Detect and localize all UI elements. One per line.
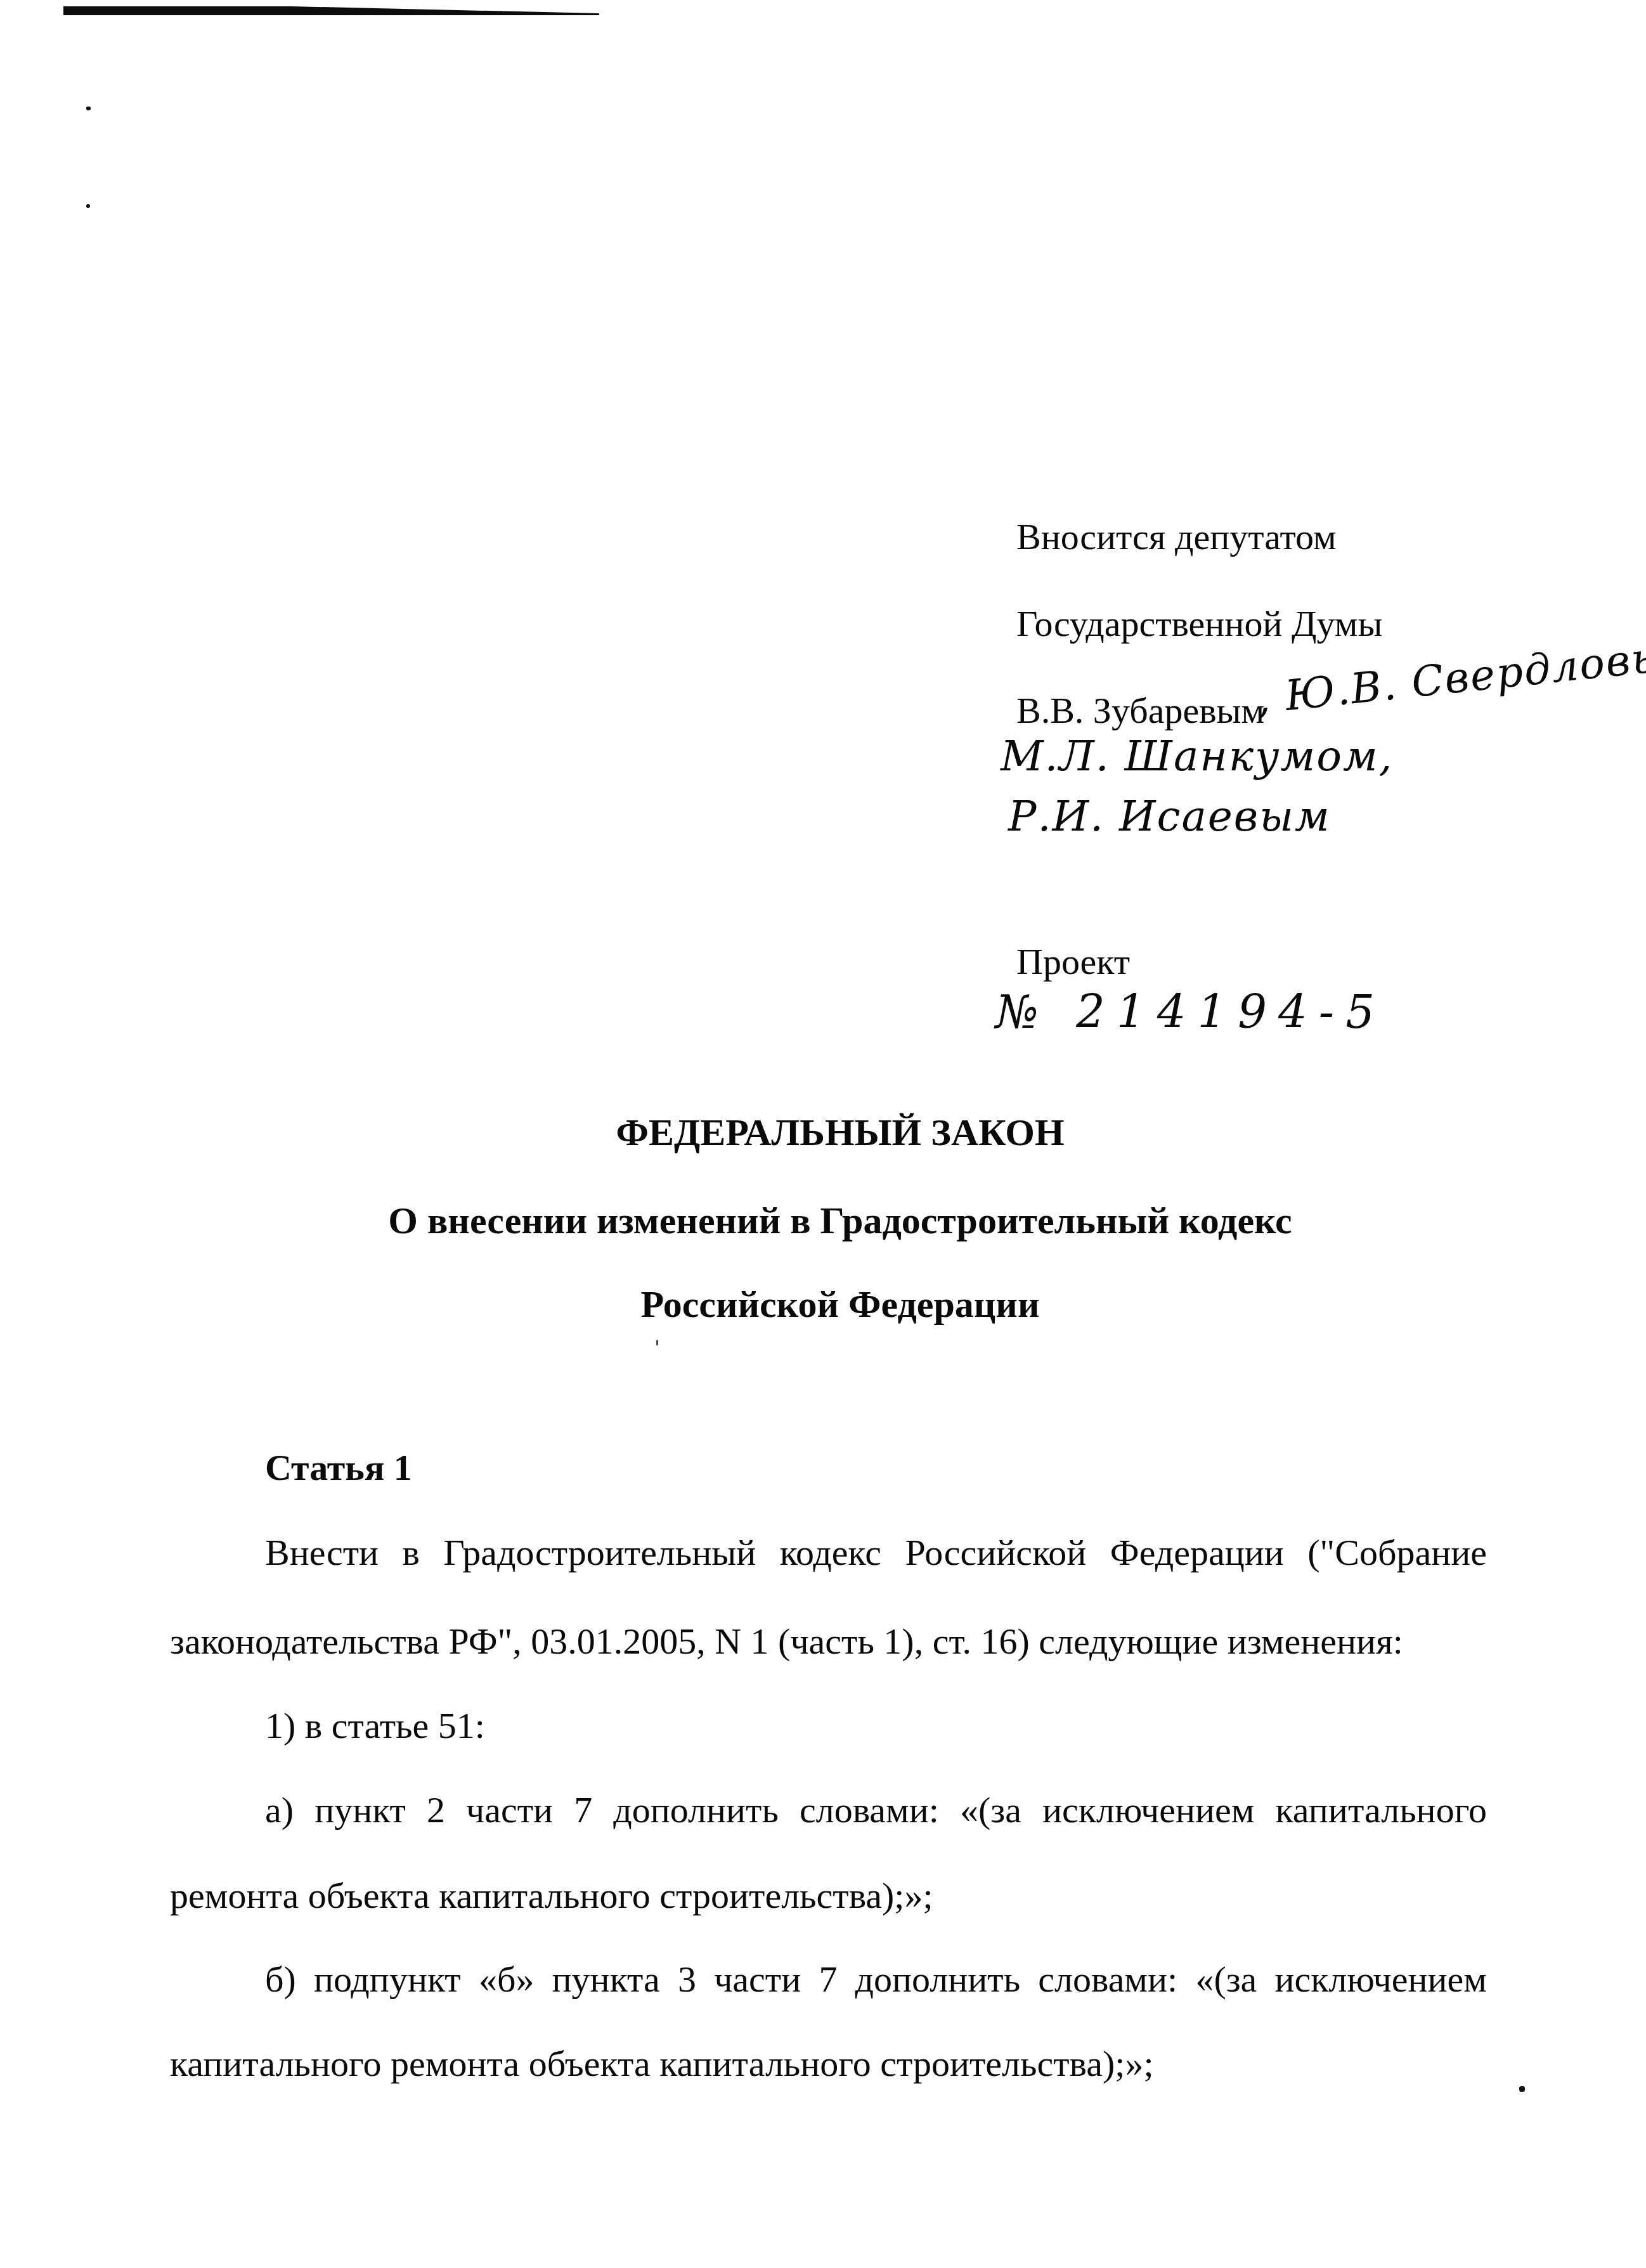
scan-speck	[86, 107, 91, 110]
document-type-title: ФЕДЕРАЛЬНЫЙ ЗАКОН	[17, 1113, 1646, 1151]
article-paragraph: ремонта объекта капитального строительст…	[170, 1877, 1487, 1914]
scan-speck	[86, 204, 90, 208]
handwritten-deputy-2: М.Л. Шанкумом,	[1001, 735, 1394, 777]
law-subtitle-line1: О внесении изменений в Градостроительный…	[17, 1202, 1646, 1240]
handwritten-deputy-3: Р.И. Исаевым	[1008, 796, 1331, 838]
article-paragraph: Внести в Градостроительный кодекс Россий…	[265, 1534, 1487, 1571]
article-heading: Статья 1	[265, 1449, 1582, 1486]
law-subtitle-line2: Российской Федерации	[17, 1285, 1646, 1323]
deputy-name-printed: В.В. Зубаревым	[1016, 692, 1264, 729]
scan-speck	[1519, 2086, 1525, 2092]
draft-number-handwritten: № 214194-5	[995, 989, 1386, 1035]
article-paragraph: а) пункт 2 части 7 дополнить словами: «(…	[265, 1792, 1487, 1829]
article-paragraph: законодательства РФ", 03.01.2005, N 1 (ч…	[170, 1623, 1487, 1660]
introduced-by-line: Вносится депутатом	[1016, 519, 1337, 555]
state-duma-line: Государственной Думы	[1016, 606, 1382, 642]
article-paragraph: капитального ремонта объекта капитальног…	[170, 2045, 1487, 2082]
scan-speck	[656, 1340, 658, 1345]
draft-label: Проект	[1016, 943, 1130, 980]
article-paragraph: б) подпункт «б» пункта 3 части 7 дополни…	[265, 1961, 1487, 1998]
document-page: Вносится депутатом Государственной Думы …	[0, 0, 1646, 2268]
article-paragraph: 1) в статье 51:	[265, 1707, 1487, 1744]
scan-artifact-line	[63, 5, 599, 15]
